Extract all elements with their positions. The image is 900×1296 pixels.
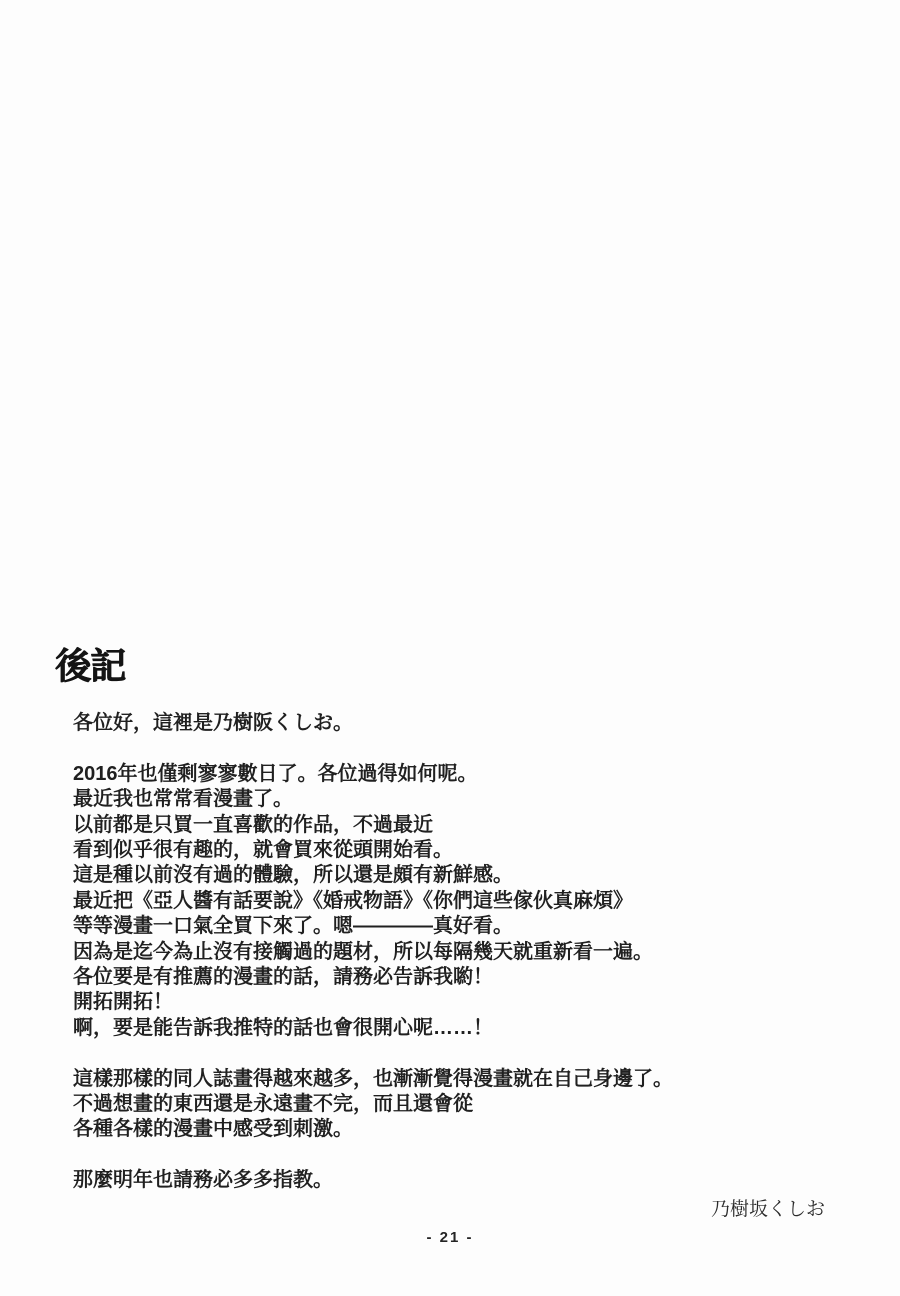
text-line: 不過想畫的東西還是永遠畫不完，而且還會從 [73, 1092, 853, 1117]
text-line: 因為是迄今為止沒有接觸過的題材，所以每隔幾天就重新看一遍。 [73, 940, 853, 965]
text-line: 各位好，這裡是乃樹阪くしお。 [73, 711, 853, 736]
text-line: 看到似乎很有趣的，就會買來從頭開始看。 [73, 838, 853, 863]
text-line: 各位要是有推薦的漫畫的話，請務必告訴我喲！ [73, 965, 853, 990]
text-line: 啊，要是能告訴我推特的話也會很開心呢……！ [73, 1016, 853, 1041]
text-line: 2016年也僅剩寥寥數日了。各位過得如何呢。 [73, 762, 853, 787]
text-line: 以前都是只買一直喜歡的作品，不過最近 [73, 813, 853, 838]
page-number: - 21 - [0, 1229, 900, 1246]
paragraph: 各位好，這裡是乃樹阪くしお。 [73, 711, 853, 736]
text-line: 這樣那樣的同人誌畫得越來越多，也漸漸覺得漫畫就在自己身邊了。 [73, 1067, 853, 1092]
afterword-body: 各位好，這裡是乃樹阪くしお。2016年也僅剩寥寥數日了。各位過得如何呢。最近我也… [73, 711, 853, 1194]
afterword-heading: 後記 [55, 645, 125, 687]
text-line: 各種各樣的漫畫中感受到刺激。 [73, 1117, 853, 1142]
text-line: 等等漫畫一口氣全買下來了。嗯————真好看。 [73, 914, 853, 939]
paragraph: 2016年也僅剩寥寥數日了。各位過得如何呢。最近我也常常看漫畫了。以前都是只買一… [73, 762, 853, 1041]
afterword-page: 後記 各位好，這裡是乃樹阪くしお。2016年也僅剩寥寥數日了。各位過得如何呢。最… [0, 0, 900, 1296]
author-signature: 乃樹坂くしお [711, 1194, 825, 1221]
paragraph: 這樣那樣的同人誌畫得越來越多，也漸漸覺得漫畫就在自己身邊了。不過想畫的東西還是永… [73, 1067, 853, 1143]
paragraph: 那麼明年也請務必多多指教。 [73, 1168, 853, 1193]
text-line: 最近把《亞人醬有話要說》《婚戒物語》《你們這些傢伙真麻煩》 [73, 889, 853, 914]
text-line: 開拓開拓！ [73, 990, 853, 1015]
text-line: 最近我也常常看漫畫了。 [73, 787, 853, 812]
text-line: 這是種以前沒有過的體驗，所以還是頗有新鮮感。 [73, 863, 853, 888]
text-line: 那麼明年也請務必多多指教。 [73, 1168, 853, 1193]
